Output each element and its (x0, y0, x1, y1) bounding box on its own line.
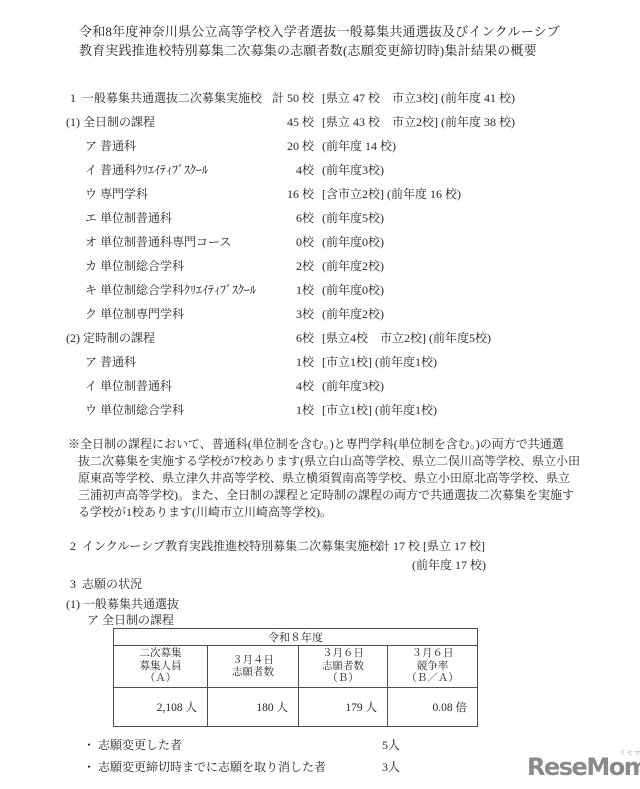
row-note: [県立 47 校 市立3校] (前年度 41 校) (322, 86, 515, 110)
row-count: 16 校 (218, 182, 314, 206)
row-count: 3校 (218, 302, 314, 326)
section-2-count: 計 17 校 [県立 17 校] (378, 536, 485, 556)
row-note: (前年度 14 校) (322, 134, 396, 158)
count-row: オ 単位制普通科専門コース 0校 (前年度0校) (0, 230, 640, 254)
row-label: イ 普通科ｸﾘｴｲﾃｨﾌﾞｽｸｰﾙ (85, 158, 208, 182)
row-label: ア 普通科 (85, 350, 136, 374)
row-note: (前年度0校) (322, 230, 384, 254)
row-note: (前年度3校) (322, 374, 384, 398)
count-row: ウ 単位制総合学科 1校 [市立1校] (前年度1校) (0, 398, 640, 422)
row-count: 6校 (218, 326, 314, 350)
count-row: (1) 全日制の課程 45 校 [県立 43 校 市立2校] (前年度 38 校… (0, 110, 640, 134)
section-1-school-counts: 1 一般募集共通選抜二次募集実施校 計 50 校 [県立 47 校 市立3校] … (0, 86, 640, 422)
row-note: [含市立2校] (前年度 16 校) (322, 182, 461, 206)
section-3-sub1: (1) 一般募集共通選抜 (66, 594, 640, 614)
header-line: （Ｂ） (299, 672, 387, 685)
row-label: (2) 定時制の課程 (66, 326, 155, 350)
resemom-logo-text: ReseMom. (527, 753, 640, 781)
col-header-march4-applicants: ３月４日 志願者数 (208, 646, 299, 688)
table-year-header: 令和８年度 (114, 629, 478, 646)
header-line: ３月６日 (388, 647, 477, 660)
bullet-label: ・ 志願変更した者 (83, 734, 182, 756)
row-note: [県立 43 校 市立2校] (前年度 38 校) (322, 110, 515, 134)
row-count: 6校 (218, 206, 314, 230)
resemom-logo: リセマム ReseMom. (527, 746, 640, 781)
count-row: エ 単位制普通科 6校 (前年度5校) (0, 206, 640, 230)
remark-note: ※全日制の課程において、普通科(単位制を含む。)と専門学科(単位制を含む。)の両… (68, 436, 640, 521)
count-row: キ 単位制総合学科ｸﾘｴｲﾃｨﾌﾞｽｸｰﾙ 1校 (前年度0校) (0, 278, 640, 302)
value-march6-ratio: 0.08 倍 (388, 688, 478, 727)
row-count: 1校 (218, 350, 314, 374)
row-count: 45 校 (218, 110, 314, 134)
applicant-status-table: 令和８年度 二次募集 募集人員 （Ａ） ３月４日 志願者数 ３月６日 志願者数 … (113, 628, 478, 727)
row-label: オ 単位制普通科専門コース (85, 230, 231, 254)
row-note: (前年度2校) (322, 302, 384, 326)
row-count: 1校 (218, 278, 314, 302)
row-note: [県立4校 市立2校] (前年度5校) (322, 326, 491, 350)
row-label: カ 単位制総合学科 (85, 254, 184, 278)
count-row: ク 単位制専門学科 3校 (前年度2校) (0, 302, 640, 326)
value-recruit-capacity: 2,108 人 (114, 688, 208, 727)
count-row: (2) 定時制の課程 6校 [県立4校 市立2校] (前年度5校) (0, 326, 640, 350)
row-count: 4校 (218, 158, 314, 182)
col-header-march6-ratio: ３月６日 競争率 （Ｂ／Ａ） (388, 646, 478, 688)
row-note: (前年度0校) (322, 278, 384, 302)
section-2-inclusive: 2 インクルーシブ教育実践推進校特別募集二次募集実施校 計 17 校 [県立 1… (0, 536, 640, 574)
page-title: 令和8年度神奈川県公立高等学校入学者選抜一般募集共通選抜及びインクルーシブ 教育… (79, 0, 640, 60)
row-label: ウ 単位制総合学科 (85, 398, 184, 422)
header-line: ３月４日 (208, 654, 298, 667)
header-line: 競争率 (388, 660, 477, 673)
count-row: 1 一般募集共通選抜二次募集実施校 計 50 校 [県立 47 校 市立3校] … (0, 86, 640, 110)
row-label: (1) 全日制の課程 (66, 110, 155, 134)
col-header-march6-applicants: ３月６日 志願者数 （Ｂ） (299, 646, 388, 688)
row-note: (前年度2校) (322, 254, 384, 278)
remark-line: 三浦初声高等学校)。また、全日制の課程と定時制の課程の両方で共通選抜二次募集を実… (68, 487, 640, 504)
title-line-1: 令和8年度神奈川県公立高等学校入学者選抜一般募集共通選抜及びインクルーシブ (79, 22, 640, 41)
value-march4-applicants: 180 人 (208, 688, 299, 727)
table-value-row: 2,108 人 180 人 179 人 0.08 倍 (114, 688, 478, 727)
header-line: 志願者数 (208, 666, 298, 679)
row-count: 0校 (218, 230, 314, 254)
header-line: 志願者数 (299, 660, 387, 673)
row-note: [市立1校] (前年度1校) (322, 350, 437, 374)
row-count: 1校 (218, 398, 314, 422)
col-header-recruit-capacity: 二次募集 募集人員 （Ａ） (114, 646, 208, 688)
section-2-heading: 2 インクルーシブ教育実践推進校特別募集二次募集実施校 (70, 536, 381, 556)
row-count: 20 校 (218, 134, 314, 158)
remark-line: 抜二次募集を実施する学校が7校あります(県立白山高等学校、県立二俣川高等学校、県… (68, 453, 640, 470)
header-line: （Ｂ／Ａ） (388, 672, 477, 685)
remark-line: 原東高等学校、県立津久井高等学校、県立横須賀南高等学校、県立小田原北高等学校、県… (68, 470, 640, 487)
header-line: ３月６日 (299, 647, 387, 660)
remark-line: ※全日制の課程において、普通科(単位制を含む。)と専門学科(単位制を含む。)の両… (68, 436, 640, 453)
bullet-value: 5人 (382, 734, 400, 756)
row-count: 4校 (218, 374, 314, 398)
section-3-heading: 3 志願の状況 (70, 574, 640, 594)
row-note: [市立1校] (前年度1校) (322, 398, 437, 422)
count-row: ウ 専門学科 16 校 [含市立2校] (前年度 16 校) (0, 182, 640, 206)
bullet-label: ・ 志願変更締切時までに志願を取り消した者 (83, 756, 326, 778)
value-march6-applicants: 179 人 (299, 688, 388, 727)
row-label: ア 普通科 (85, 134, 136, 158)
row-label: ウ 専門学科 (85, 182, 148, 206)
table-header-row: 二次募集 募集人員 （Ａ） ３月４日 志願者数 ３月６日 志願者数 （Ｂ） ３月… (114, 646, 478, 688)
count-row: ア 普通科 20 校 (前年度 14 校) (0, 134, 640, 158)
bullet-value: 3人 (382, 756, 400, 778)
row-note: (前年度3校) (322, 158, 384, 182)
section-3-sub2: ア 全日制の課程 (87, 614, 640, 627)
section-2-prev-year: (前年度 17 校) (412, 555, 486, 575)
count-row: イ 普通科ｸﾘｴｲﾃｨﾌﾞｽｸｰﾙ 4校 (前年度3校) (0, 158, 640, 182)
title-line-2: 教育実践推進校特別募集二次募集の志願者数(志願変更締切時)集計結果の概要 (79, 41, 640, 60)
header-line: 募集人員 (114, 660, 207, 673)
remark-line: る学校が1校あります(川崎市立川崎高等学校)。 (68, 504, 640, 521)
row-label: イ 単位制普通科 (85, 374, 172, 398)
document-page: 令和8年度神奈川県公立高等学校入学者選抜一般募集共通選抜及びインクルーシブ 教育… (0, 0, 640, 789)
row-note: (前年度5校) (322, 206, 384, 230)
count-row: イ 単位制普通科 4校 (前年度3校) (0, 374, 640, 398)
resemom-logo-ruby: リセマム (619, 748, 640, 757)
count-row: カ 単位制総合学科 2校 (前年度2校) (0, 254, 640, 278)
row-count: 計 50 校 (218, 86, 314, 110)
row-label: エ 単位制普通科 (85, 206, 172, 230)
count-row: ア 普通科 1校 [市立1校] (前年度1校) (0, 350, 640, 374)
row-count: 2校 (218, 254, 314, 278)
header-line: 二次募集 (114, 647, 207, 660)
table-year-row: 令和８年度 (114, 629, 478, 646)
header-line: （Ａ） (114, 672, 207, 685)
row-label: ク 単位制専門学科 (85, 302, 184, 326)
